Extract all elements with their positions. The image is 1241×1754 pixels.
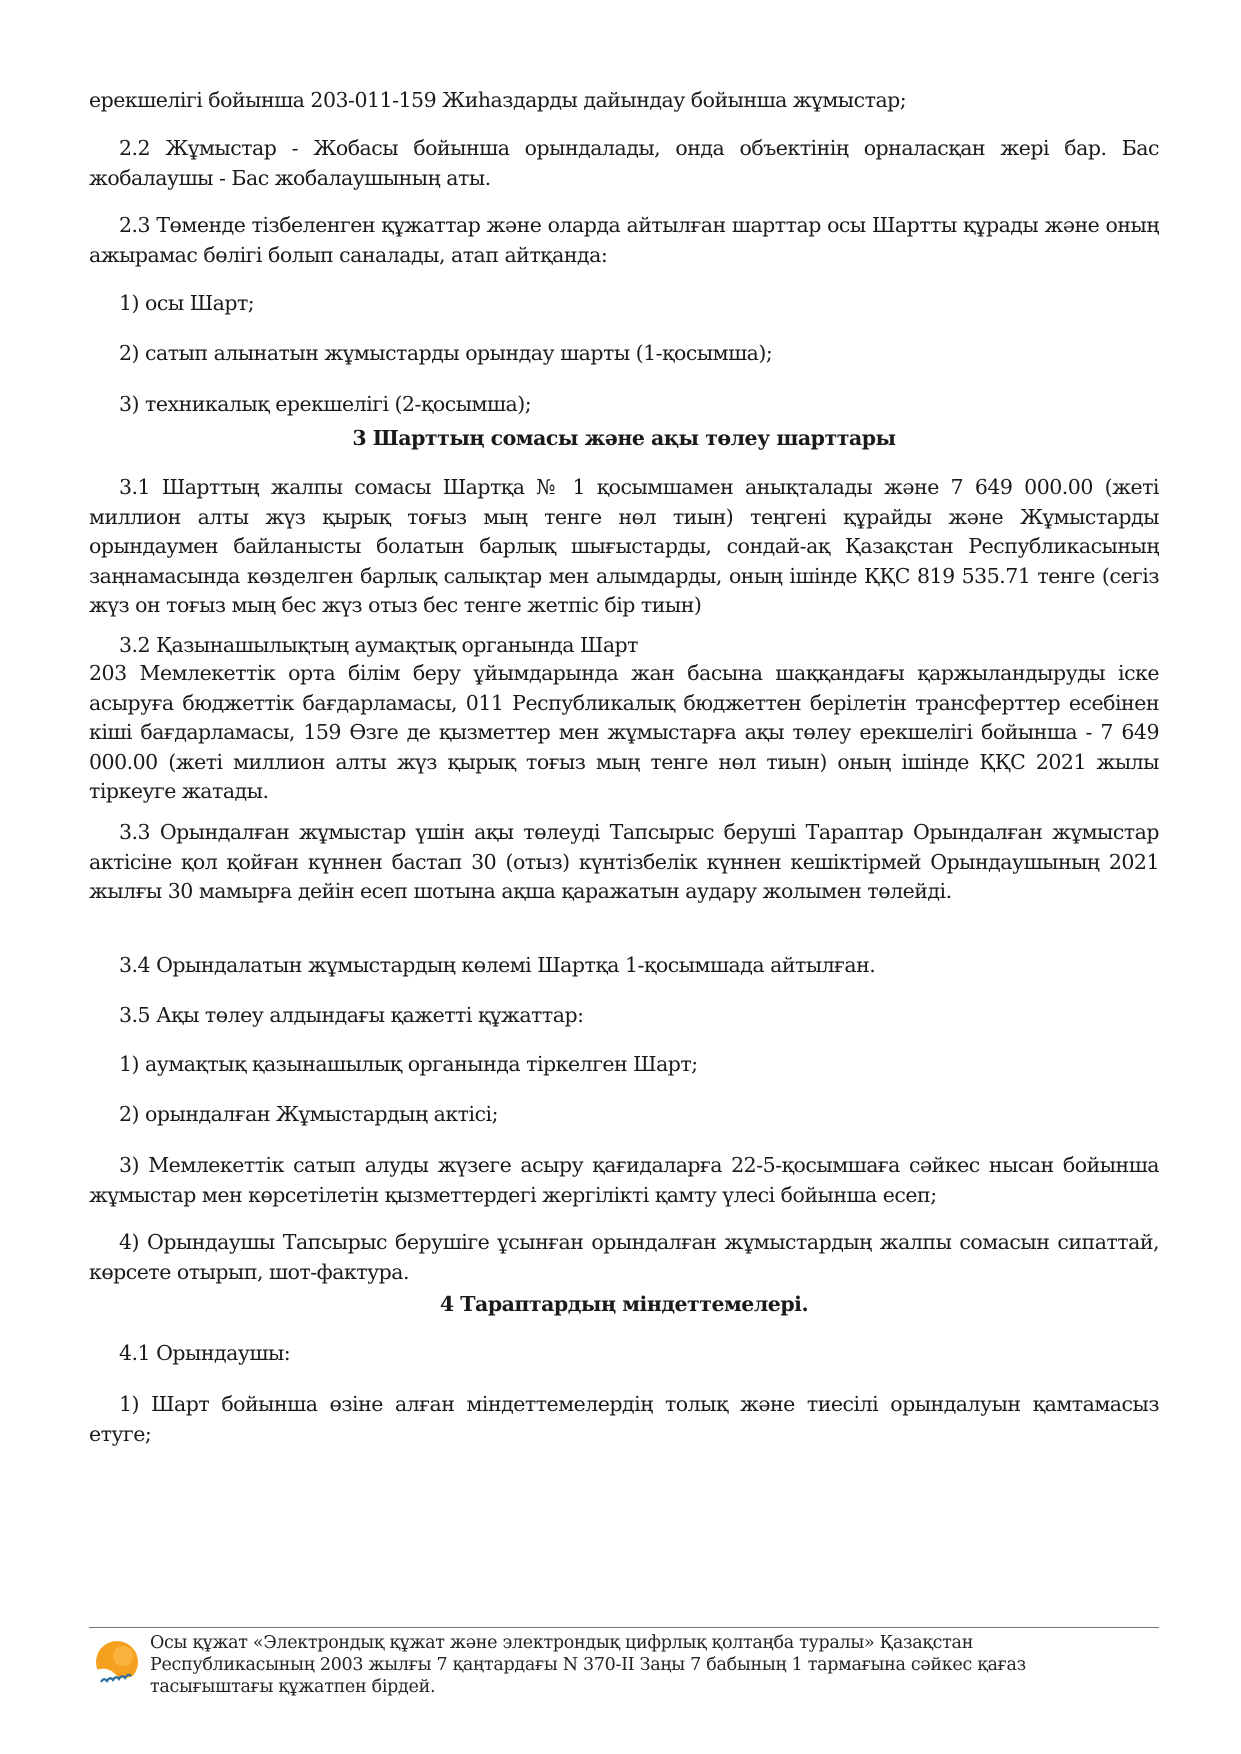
paragraph-3-5: 3.5 Ақы төлеу алдындағы қажетті құжаттар… — [89, 1001, 1159, 1031]
list-item-2: 2) сатып алынатын жұмыстарды орындау шар… — [89, 339, 1159, 369]
doc-list-item-4: 4) Орындаушы Тапсырыс берушіге ұсынған о… — [89, 1228, 1159, 1287]
paragraph-continuation: ерекшелігі бойынша 203-011-159 Жиhаздард… — [89, 86, 1159, 116]
section-heading-3: 3 Шарттың сомасы және ақы төлеу шарттары — [89, 423, 1159, 453]
paragraph-3-3: 3.3 Орындалған жұмыстар үшін ақы төлеуді… — [89, 818, 1159, 907]
paragraph-3-2-title: 3.2 Қазынашылықтың аумақтық органында Ша… — [89, 631, 1159, 661]
paragraph-2-2: 2.2 Жұмыстар - Жобасы бойынша орындалады… — [89, 134, 1159, 193]
paragraph-4-1: 4.1 Орындаушы: — [89, 1339, 1159, 1369]
e-gov-seal-icon — [93, 1640, 139, 1686]
doc-list-item-2: 2) орындалған Жұмыстардың актісі; — [89, 1100, 1159, 1130]
paragraph-3-1: 3.1 Шарттың жалпы сомасы Шартқа № 1 қосы… — [89, 473, 1159, 621]
footer-divider — [89, 1627, 1159, 1628]
obligation-item-1: 1) Шарт бойынша өзіне алған міндеттемеле… — [89, 1390, 1159, 1449]
paragraph-3-2-body: 203 Мемлекеттік орта білім беру ұйымдары… — [89, 659, 1159, 807]
list-item-1: 1) осы Шарт; — [89, 289, 1159, 319]
paragraph-3-4: 3.4 Орындалатын жұмыстардың көлемі Шартқ… — [89, 951, 1159, 981]
footer-legal-notice: Осы құжат «Электрондық құжат және электр… — [150, 1632, 1100, 1698]
paragraph-2-3: 2.3 Төменде тізбеленген құжаттар және ол… — [89, 211, 1159, 270]
list-item-3: 3) техникалық ерекшелігі (2-қосымша); — [89, 390, 1159, 420]
section-heading-4: 4 Тараптардың міндеттемелері. — [89, 1289, 1159, 1319]
doc-list-item-1: 1) аумақтық қазынашылық органында тіркел… — [89, 1050, 1159, 1080]
doc-list-item-3: 3) Мемлекеттік сатып алуды жүзеге асыру … — [89, 1151, 1159, 1210]
